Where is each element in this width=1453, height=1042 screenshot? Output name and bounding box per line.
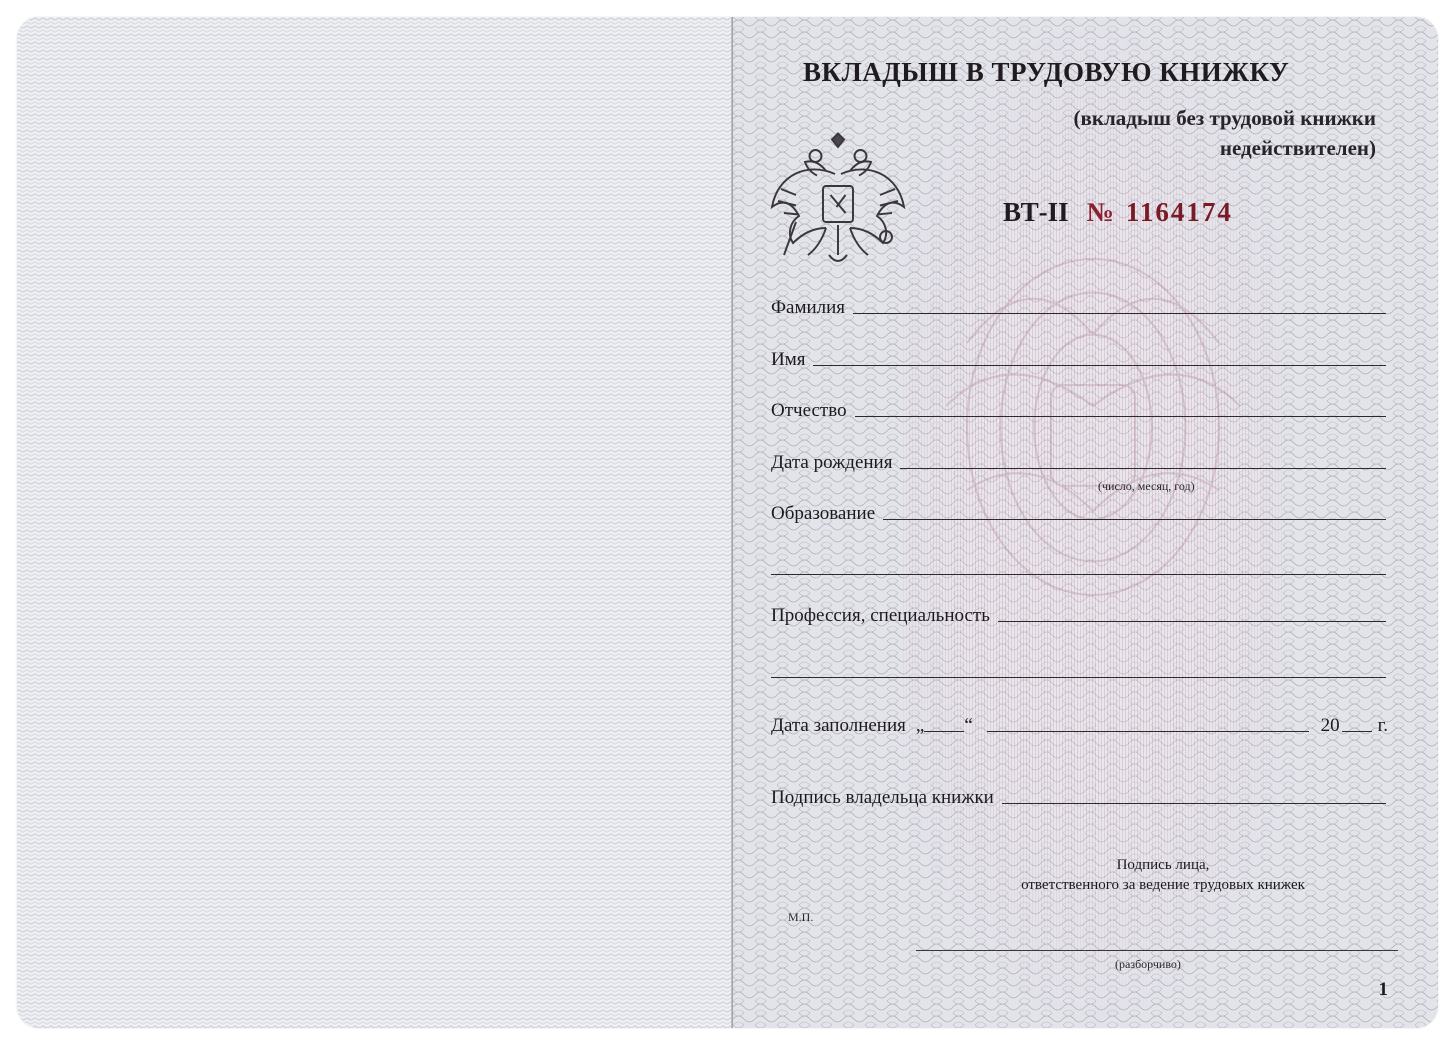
close-quote: “ [964, 715, 986, 737]
fill-year-line[interactable] [1342, 731, 1372, 732]
serial-number: 1164174 [1126, 197, 1233, 227]
birth-date-line[interactable] [900, 468, 1386, 469]
document-title: ВКЛАДЫШ В ТРУДОВУЮ КНИЖКУ [803, 57, 1289, 88]
series-number: ВТ-II№1164174 [1003, 197, 1233, 228]
profession-label: Профессия, специальность [771, 605, 998, 627]
surname-field[interactable]: Фамилия [771, 297, 1386, 319]
legible-hint: (разборчиво) [1115, 957, 1181, 972]
page-number: 1 [1379, 979, 1389, 1001]
birth-date-hint: (число, месяц, год) [1098, 479, 1195, 494]
fill-date-field[interactable]: Дата заполнения „ “ 20 г. [771, 715, 1388, 737]
left-page-blank [17, 17, 733, 1028]
owner-signature-field[interactable]: Подпись владельца книжки [771, 787, 1386, 809]
surname-label: Фамилия [771, 297, 853, 319]
subtitle-line-1: (вкладыш без трудовой книжки [1074, 103, 1376, 133]
birth-date-label: Дата рождения [771, 452, 900, 474]
profession-field[interactable]: Профессия, специальность [771, 605, 1386, 627]
profession-line-2[interactable] [771, 677, 1386, 678]
owner-signature-line[interactable] [1002, 803, 1386, 804]
owner-signature-label: Подпись владельца книжки [771, 787, 1002, 809]
birth-date-field[interactable]: Дата рождения [771, 452, 1386, 474]
patronymic-label: Отчество [771, 400, 855, 422]
education-line-2[interactable] [771, 574, 1386, 575]
responsible-signature-line[interactable] [916, 950, 1398, 951]
right-page-insert-form: ВКЛАДЫШ В ТРУДОВУЮ КНИЖКУ (вкладыш без т… [733, 17, 1438, 1028]
patronymic-field[interactable]: Отчество [771, 400, 1386, 422]
fill-month-line[interactable] [987, 731, 1309, 732]
number-sign: № [1087, 197, 1114, 227]
stamp-place-label: М.П. [788, 910, 813, 925]
education-field[interactable]: Образование [771, 503, 1386, 525]
responsible-line-2: ответственного за ведение трудовых книже… [953, 875, 1373, 895]
document-subtitle: (вкладыш без трудовой книжки недействите… [1074, 103, 1376, 163]
responsible-signature-caption: Подпись лица, ответственного за ведение … [953, 855, 1373, 895]
surname-line[interactable] [853, 313, 1386, 314]
year-prefix: 20 [1309, 715, 1342, 737]
year-suffix: г. [1372, 715, 1388, 737]
patronymic-line[interactable] [855, 416, 1386, 417]
name-label: Имя [771, 349, 813, 371]
series-label: ВТ-II [1003, 197, 1069, 227]
name-field[interactable]: Имя [771, 349, 1386, 371]
subtitle-line-2: недействителен) [1074, 133, 1376, 163]
responsible-line-1: Подпись лица, [953, 855, 1373, 875]
education-label: Образование [771, 503, 883, 525]
coat-of-arms-icon [763, 129, 913, 279]
fill-date-label: Дата заполнения [771, 715, 916, 737]
open-quote: „ [916, 715, 924, 737]
education-line[interactable] [883, 519, 1386, 520]
fill-day-line[interactable] [924, 731, 964, 732]
profession-line[interactable] [998, 621, 1386, 622]
name-line[interactable] [813, 365, 1386, 366]
